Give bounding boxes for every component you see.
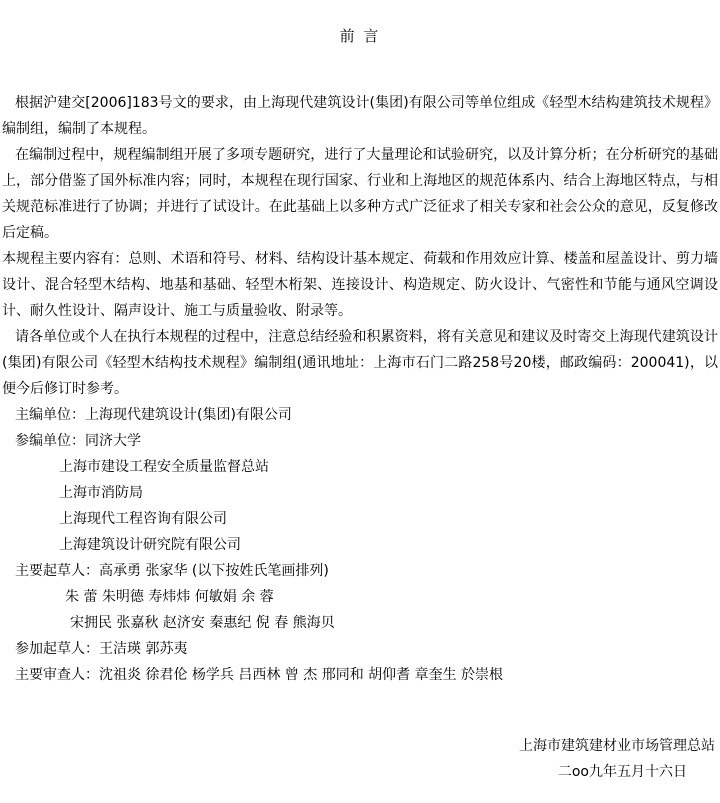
participating-unit: 上海市消防局 xyxy=(2,480,718,506)
paragraph-process: 在编制过程中，规程编制组开展了多项专题研究，进行了大量理论和试验研究，以及计算分… xyxy=(2,142,718,246)
page-title: 前 言 xyxy=(0,0,720,46)
issue-date: 二oo九年五月十六日 xyxy=(0,759,720,785)
paragraph-basis: 根据沪建交[2006]183号文的要求，由上海现代建筑设计(集团)有限公司等单位… xyxy=(2,90,718,142)
participating-drafters-line: 参加起草人：王洁瑛 郭苏夷 xyxy=(2,636,718,662)
main-drafters-names-row: 朱 蕾 朱明德 寿炜炜 何敏娟 余 蓉 xyxy=(2,584,718,610)
credits-section: 主编单位：上海现代建筑设计(集团)有限公司 参编单位：同济大学 上海市建设工程安… xyxy=(2,402,718,688)
paragraph-feedback: 请各单位或个人在执行本规程的过程中，注意总结经验和积累资料，将有关意见和建议及时… xyxy=(2,324,718,402)
chief-reviewers-line: 主要审查人：沈祖炎 徐君伦 杨学兵 吕西林 曾 杰 邢同和 胡仰耆 章奎生 於崇… xyxy=(2,662,718,688)
chief-editing-unit: 主编单位：上海现代建筑设计(集团)有限公司 xyxy=(2,402,718,428)
participating-unit: 上海市建设工程安全质量监督总站 xyxy=(2,454,718,480)
main-drafters-names-row: 宋拥民 张嘉秋 赵济安 秦惠纪 倪 春 熊海贝 xyxy=(2,610,718,636)
signature-block: 上海市建筑建材业市场管理总站 二oo九年五月十六日 xyxy=(0,733,720,785)
participating-unit: 上海现代工程咨询有限公司 xyxy=(2,506,718,532)
participating-unit-first: 参编单位：同济大学 xyxy=(2,428,718,454)
document-body: 根据沪建交[2006]183号文的要求，由上海现代建筑设计(集团)有限公司等单位… xyxy=(2,90,718,688)
paragraph-contents: 本规程主要内容有：总则、术语和符号、材料、结构设计基本规定、荷载和作用效应计算、… xyxy=(2,246,718,324)
preface-page: 前 言 根据沪建交[2006]183号文的要求，由上海现代建筑设计(集团)有限公… xyxy=(0,0,720,803)
issuing-organization: 上海市建筑建材业市场管理总站 xyxy=(0,733,720,759)
main-drafters-label-line: 主要起草人：高承勇 张家华 (以下按姓氏笔画排列) xyxy=(2,558,718,584)
participating-unit: 上海建筑设计研究院有限公司 xyxy=(2,532,718,558)
